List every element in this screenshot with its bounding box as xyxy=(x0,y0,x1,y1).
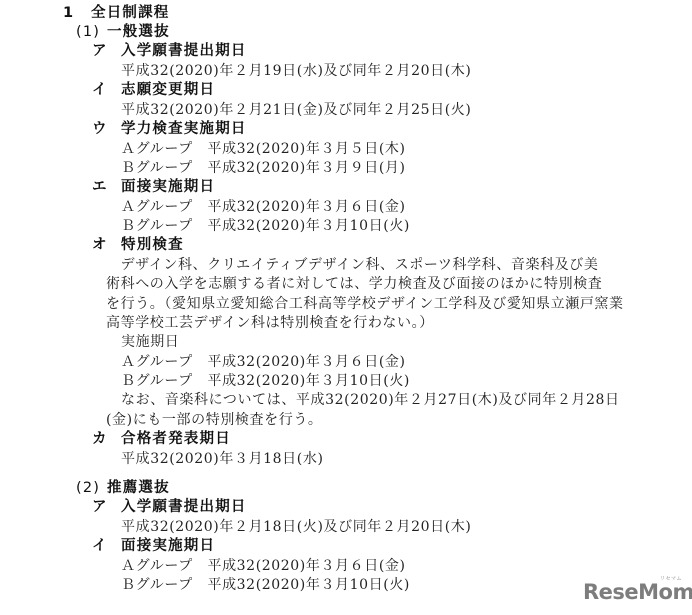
item-mark: カ xyxy=(92,430,121,449)
item-mark: ア xyxy=(92,498,121,517)
paragraph-line: を行う。（愛知県立愛知総合工科高等学校デザイン工学科及び愛知県立瀬戸窯業 xyxy=(106,295,624,314)
section-heading: 1全日制課程 xyxy=(63,4,170,23)
item-date: 平成32(2020)年２月18日(火)及び同年２月20日(木) xyxy=(121,518,471,537)
item-title: 特別検査 xyxy=(121,237,184,253)
group-a-date: Ａグループ 平成32(2020)年３月５日(木) xyxy=(121,140,406,159)
section-title: 全日制課程 xyxy=(91,5,170,21)
group-b-date: Ｂグループ 平成32(2020)年３月10日(火) xyxy=(121,372,410,391)
item-heading: ウ学力検査実施期日 xyxy=(92,120,247,139)
note-line: (金)にも一部の特別検査を行う。 xyxy=(106,411,323,430)
item-heading: イ面接実施期日 xyxy=(92,537,215,556)
item-title: 面接実施期日 xyxy=(121,179,215,195)
subsection-number: (1) xyxy=(76,23,107,42)
item-mark: ウ xyxy=(92,120,121,139)
item-title: 入学願書提出期日 xyxy=(121,43,247,59)
item-heading: カ合格者発表期日 xyxy=(92,430,231,449)
subsection-heading: (2)推薦選抜 xyxy=(76,479,170,498)
group-a-date: Ａグループ 平成32(2020)年３月６日(金) xyxy=(121,353,406,372)
item-heading: ア入学願書提出期日 xyxy=(92,498,247,517)
item-mark: イ xyxy=(92,81,121,100)
group-a-date: Ａグループ 平成32(2020)年３月６日(金) xyxy=(121,198,406,217)
group-b-date: Ｂグループ 平成32(2020)年３月９日(月) xyxy=(121,159,406,178)
section-number: 1 xyxy=(63,4,91,23)
item-mark: オ xyxy=(92,236,121,255)
item-mark: イ xyxy=(92,537,121,556)
group-a-date: Ａグループ 平成32(2020)年３月６日(金) xyxy=(121,557,406,576)
group-b-date: Ｂグループ 平成32(2020)年３月10日(火) xyxy=(121,576,410,595)
resemom-logo: ReseMom. xyxy=(583,580,692,604)
subheading: 実施期日 xyxy=(121,333,179,352)
item-heading: ア入学願書提出期日 xyxy=(92,42,247,61)
item-date: 平成32(2020)年３月18日(水) xyxy=(121,450,324,469)
item-mark: エ xyxy=(92,178,121,197)
item-title: 学力検査実施期日 xyxy=(121,121,247,137)
subsection-title: 推薦選抜 xyxy=(107,480,170,496)
item-title: 面接実施期日 xyxy=(121,538,215,554)
item-date: 平成32(2020)年２月21日(金)及び同年２月25日(火) xyxy=(121,101,471,120)
item-heading: イ志願変更期日 xyxy=(92,81,215,100)
paragraph-line: デザイン科、クリエイティブデザイン科、スポーツ科学科、音楽科及び美 xyxy=(106,256,598,275)
item-heading: エ面接実施期日 xyxy=(92,178,215,197)
item-date: 平成32(2020)年２月19日(水)及び同年２月20日(木) xyxy=(121,62,471,81)
item-heading: オ特別検査 xyxy=(92,236,184,255)
paragraph-line: 術科への入学を志願する者に対しては、学力検査及び面接のほかに特別検査 xyxy=(106,275,602,294)
document-page: 1全日制課程 (1)一般選抜 ア入学願書提出期日 平成32(2020)年２月19… xyxy=(0,0,692,615)
subsection-title: 一般選抜 xyxy=(107,24,170,40)
note-line: なお、音楽科については、平成32(2020)年２月27日(木)及び同年２月28日 xyxy=(121,391,620,410)
item-mark: ア xyxy=(92,42,121,61)
item-title: 合格者発表期日 xyxy=(121,431,231,447)
subsection-heading: (1)一般選抜 xyxy=(76,23,170,42)
item-title: 志願変更期日 xyxy=(121,82,215,98)
subsection-number: (2) xyxy=(76,479,107,498)
group-b-date: Ｂグループ 平成32(2020)年３月10日(火) xyxy=(121,217,410,236)
item-title: 入学願書提出期日 xyxy=(121,499,247,515)
paragraph-line: 高等学校工芸デザイン科は特別検査を行わない。） xyxy=(106,314,434,333)
